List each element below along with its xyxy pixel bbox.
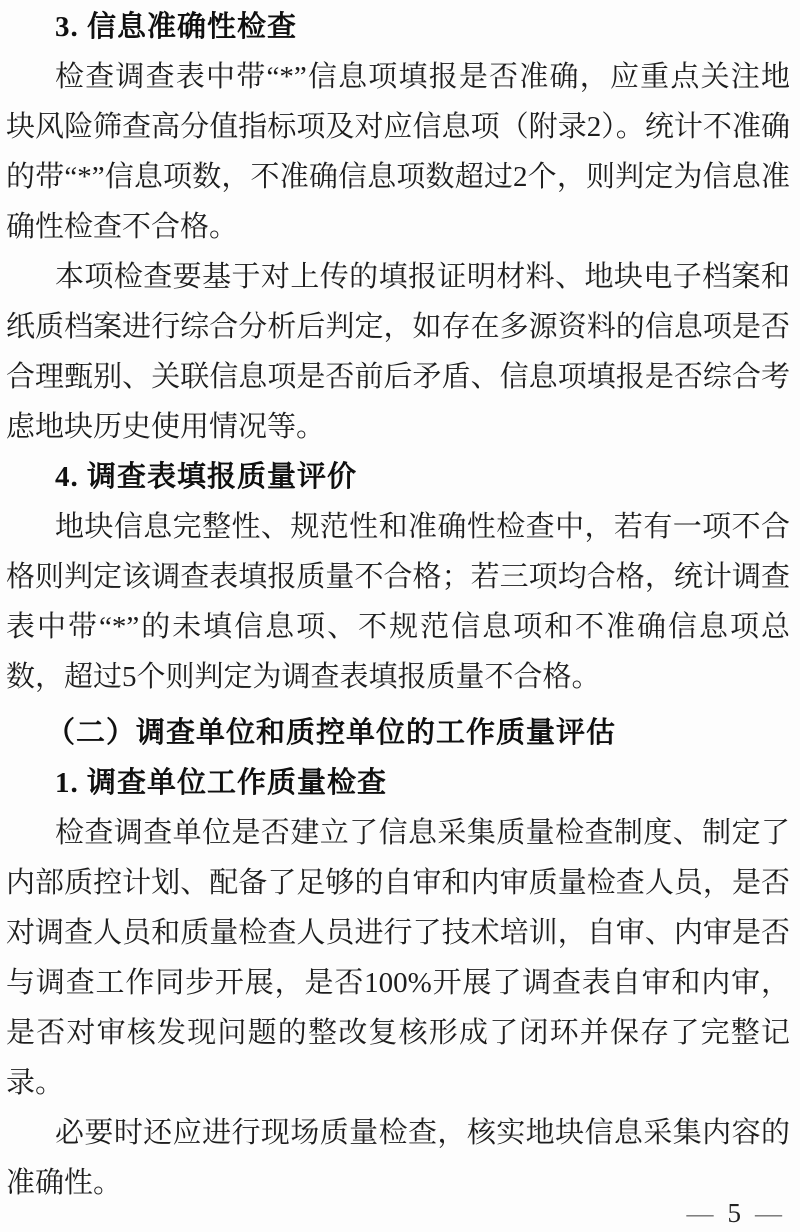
- paragraph-onsite-quality-check: 必要时还应进行现场质量检查，核实地块信息采集内容的准确性。: [6, 1108, 790, 1208]
- heading-survey-unit-work-check: 1. 调查单位工作质量检查: [6, 758, 790, 808]
- paragraph-quality-evaluation-rule: 地块信息完整性、规范性和准确性检查中，若有一项不合格则判定该调查表填报质量不合格…: [6, 502, 790, 702]
- page-footer: — 5 —: [687, 1198, 783, 1228]
- paragraph-accuracy-check-rule: 检查调查表中带“*”信息项填报是否准确，应重点关注地块风险筛查高分值指标项及对应…: [6, 52, 790, 252]
- document-page: 3. 信息准确性检查 检查调查表中带“*”信息项填报是否准确，应重点关注地块风险…: [0, 0, 800, 1232]
- heading-info-accuracy-check: 3. 信息准确性检查: [6, 2, 790, 52]
- footer-left-dash: —: [687, 1198, 714, 1228]
- paragraph-comprehensive-analysis: 本项检查要基于对上传的填报证明材料、地块电子档案和纸质档案进行综合分析后判定，如…: [6, 252, 790, 452]
- heading-form-quality-evaluation: 4. 调查表填报质量评价: [6, 452, 790, 502]
- paragraph-survey-unit-requirements: 检查调查单位是否建立了信息采集质量检查制度、制定了内部质控计划、配备了足够的自审…: [6, 808, 790, 1108]
- page-number: 5: [728, 1198, 742, 1228]
- heading-section-two-work-quality: （二）调查单位和质控单位的工作质量评估: [6, 708, 790, 758]
- footer-right-dash: —: [755, 1198, 782, 1228]
- document-content: 3. 信息准确性检查 检查调查表中带“*”信息项填报是否准确，应重点关注地块风险…: [0, 0, 800, 1208]
